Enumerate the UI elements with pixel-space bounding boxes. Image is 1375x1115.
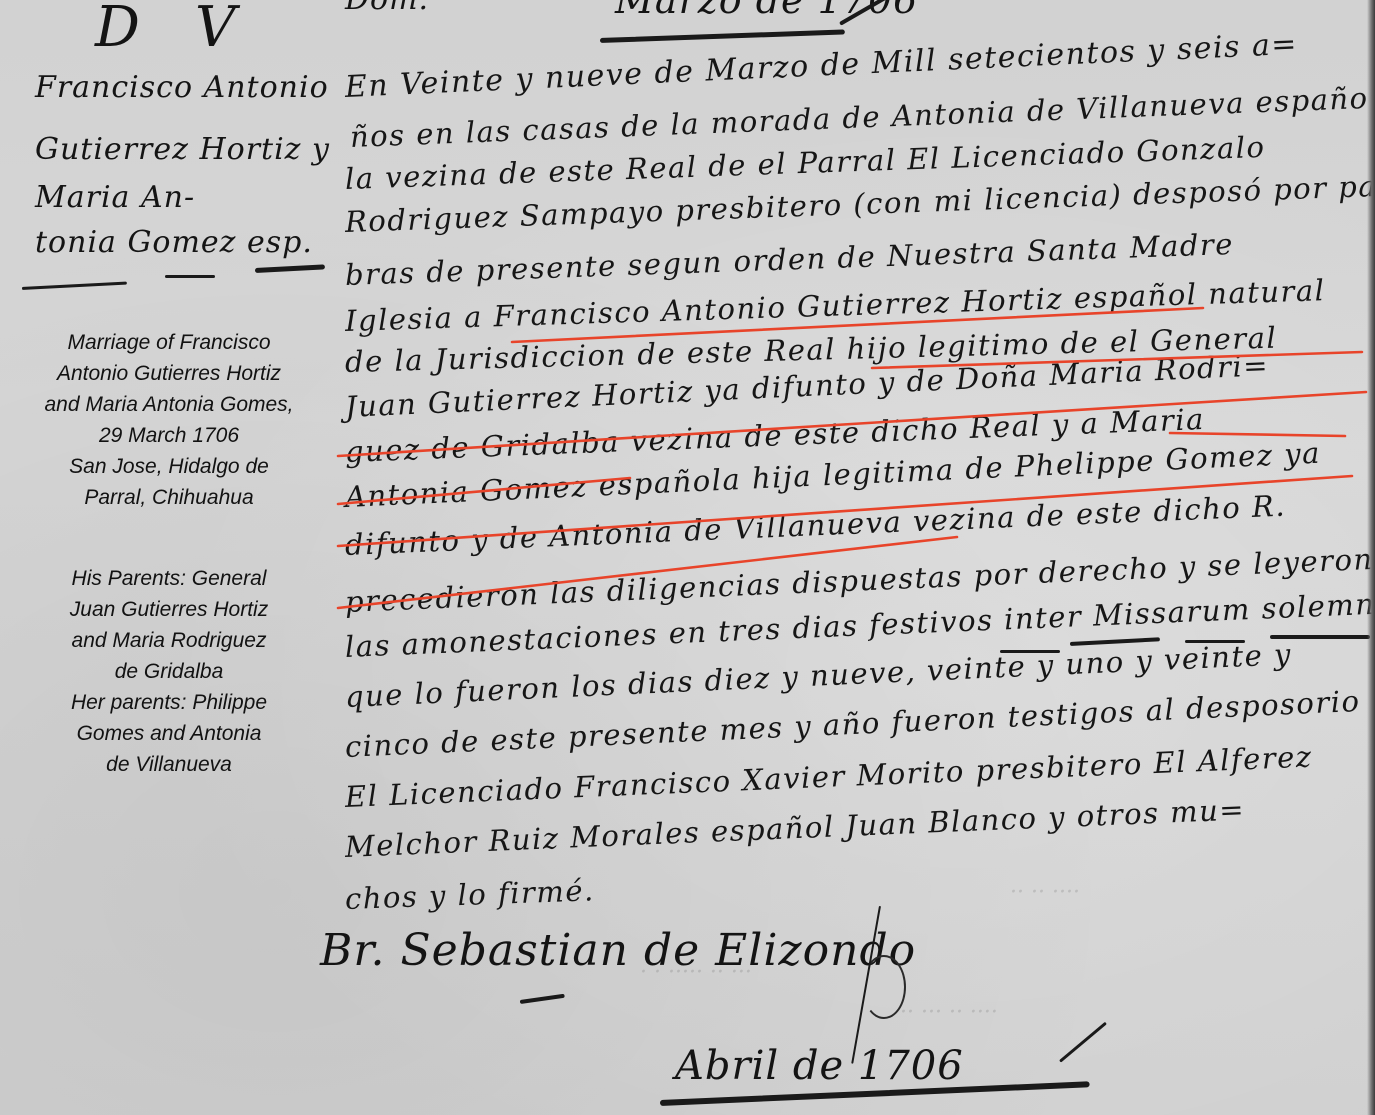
manuscript-page: ·· ·· ···· · · ····· ·· ··· ·· ··· ·· ··…: [0, 0, 1375, 1115]
record-line: chos y lo firmé.: [344, 873, 595, 916]
margin-marker-v: V: [195, 0, 236, 60]
caption-line: and Maria Antonia Gomes,: [4, 389, 334, 420]
footer-date-flourish: [1059, 1022, 1107, 1063]
bleed-through-text: ·· ·· ····: [1010, 880, 1080, 905]
marriage-caption: Marriage of Francisco Antonio Gutierres …: [4, 327, 334, 513]
heading-underline-stroke: [600, 29, 845, 43]
parents-caption: His Parents: General Juan Gutierres Hort…: [4, 563, 334, 780]
margin-underline-stroke: [255, 264, 325, 273]
bleed-through-text: ·· ··· ·· ····: [900, 1000, 998, 1025]
margin-underline-stroke: [165, 275, 215, 278]
parents-line: and Maria Rodriguez: [4, 625, 334, 656]
margin-marker-d: D: [95, 0, 141, 60]
margin-name-line: Gutierrez Hortiz y: [35, 132, 330, 167]
margin-name-line: Maria An-: [35, 180, 195, 215]
caption-line: San Jose, Hidalgo de: [4, 451, 334, 482]
parents-line: de Gridalba: [4, 656, 334, 687]
page-edge-shadow: [1367, 0, 1375, 1115]
margin-name-line: Francisco Antonio: [35, 70, 329, 105]
parents-line: Her parents: Philippe: [4, 687, 334, 718]
parents-line: His Parents: General: [4, 563, 334, 594]
next-entry-date: Abril de 1706: [675, 1043, 964, 1089]
caption-line: Parral, Chihuahua: [4, 482, 334, 513]
caption-line: 29 March 1706: [4, 420, 334, 451]
top-left-fragment: Dom.: [345, 0, 429, 17]
margin-name-line: tonia Gomez esp.: [35, 225, 313, 260]
priest-signature: Br. Sebastian de Elizondo: [320, 925, 916, 976]
caption-line: Marriage of Francisco: [4, 327, 334, 358]
parents-line: Juan Gutierres Hortiz: [4, 594, 334, 625]
caption-line: Antonio Gutierres Hortiz: [4, 358, 334, 389]
parents-line: de Villanueva: [4, 749, 334, 780]
parents-line: Gomes and Antonia: [4, 718, 334, 749]
signature-rubric-stroke: [520, 994, 565, 1004]
latin-phrase-underline: [1185, 640, 1245, 643]
latin-phrase-underline: [1270, 635, 1370, 639]
margin-underline-stroke: [22, 282, 127, 290]
latin-phrase-underline: [1000, 650, 1060, 653]
